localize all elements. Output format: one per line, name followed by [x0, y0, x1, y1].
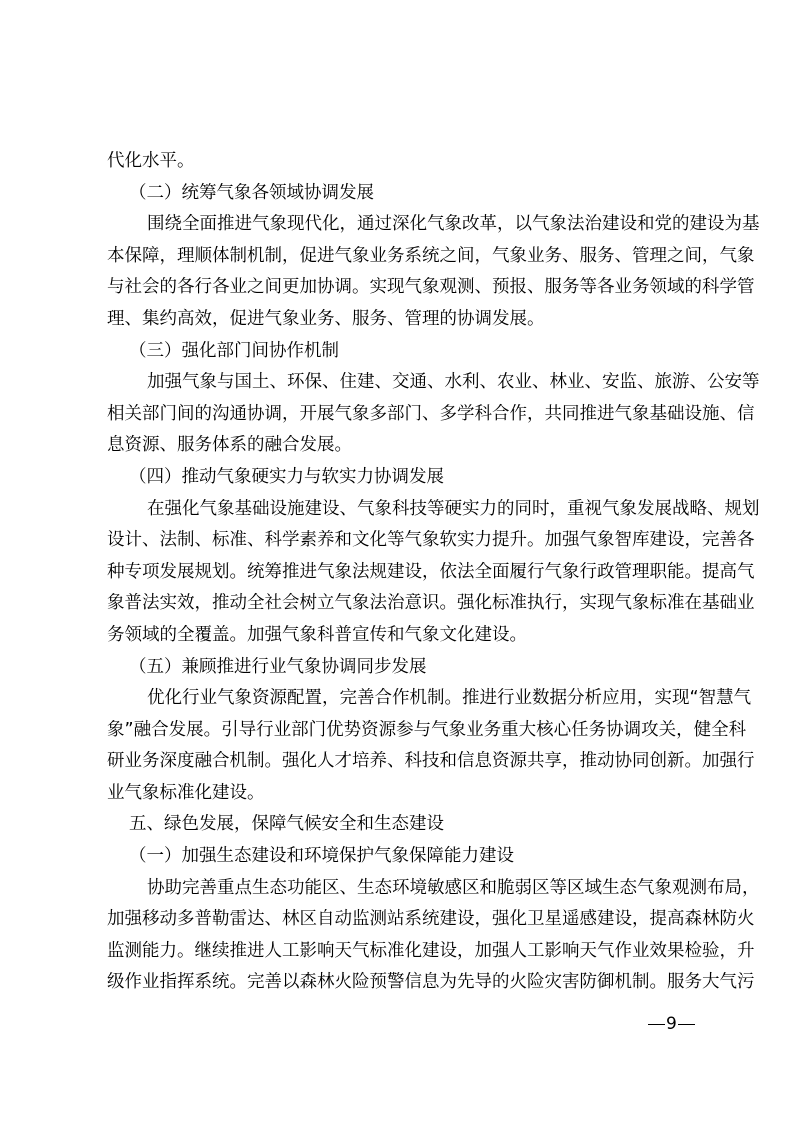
body-line: 加强移动多普勒雷达、林区自动监测站系统建设，强化卫星遥感建设，提高森林防火 [107, 904, 698, 936]
paragraph-first-line: 加强气象与国土、环保、住建、交通、水利、农业、林业、安监、旅游、公安等 [107, 367, 698, 399]
section-heading: 五、绿色发展，保障气候安全和生态建设 [107, 809, 698, 841]
paragraph-first-line: 协助完善重点生态功能区、生态环境敏感区和脆弱区等区域生态气象观测布局， [107, 873, 698, 905]
body-line: 本保障，理顺体制机制，促进气象业务系统之间，气象业务、服务、管理之间，气象 [107, 241, 698, 273]
body-line: 象普法实效，推动全社会树立气象法治意识。强化标准执行，实现气象标准在基础业 [107, 588, 698, 620]
section-subheading: （一）加强生态建设和环境保护气象保障能力建设 [107, 841, 698, 873]
document-body: 代化水平。（二）统筹气象各领域协调发展围绕全面推进气象现代化，通过深化气象改革，… [107, 146, 698, 999]
body-line: 象”融合发展。引导行业部门优势资源参与气象业务重大核心任务协调攻关，健全科 [107, 715, 698, 747]
body-line: 研业务深度融合机制。强化人才培养、科技和信息资源共享，推动协同创新。加强行 [107, 746, 698, 778]
paragraph-last-line: 务领域的全覆盖。加强气象科普宣传和气象文化建设。 [107, 620, 698, 652]
document-page: 代化水平。（二）统筹气象各领域协调发展围绕全面推进气象现代化，通过深化气象改革，… [0, 0, 793, 1122]
paragraph-first-line: 在强化气象基础设施建设、气象科技等硬实力的同时，重视气象发展战略、规划 [107, 494, 698, 526]
section-subheading: （五）兼顾推进行业气象协调同步发展 [107, 652, 698, 684]
paragraph-last-line: 息资源、服务体系的融合发展。 [107, 430, 698, 462]
page-number: 9 [665, 1012, 678, 1036]
body-line: 级作业指挥系统。完善以森林火险预警信息为先导的火险灾害防御机制。服务大气污 [107, 967, 698, 999]
section-subheading: （三）强化部门间协作机制 [107, 336, 698, 368]
body-line: 与社会的各行各业之间更加协调。实现气象观测、预报、服务等各业务领域的科学管 [107, 272, 698, 304]
paragraph-last-line: 代化水平。 [107, 146, 698, 178]
left-dash [648, 1024, 665, 1025]
right-dash [678, 1024, 695, 1025]
section-subheading: （四）推动气象硬实力与软实力协调发展 [107, 462, 698, 494]
paragraph-last-line: 业气象标准化建设。 [107, 778, 698, 810]
paragraph-first-line: 优化行业气象资源配置，完善合作机制。推进行业数据分析应用，实现“智慧气 [107, 683, 698, 715]
body-line: 设计、法制、标准、科学素养和文化等气象软实力提升。加强气象智库建设，完善各 [107, 525, 698, 557]
body-line: 种专项发展规划。统筹推进气象法规建设，依法全面履行气象行政管理职能。提高气 [107, 557, 698, 589]
body-line: 相关部门间的沟通协调，开展气象多部门、多学科合作，共同推进气象基础设施、信 [107, 399, 698, 431]
paragraph-first-line: 围绕全面推进气象现代化，通过深化气象改革，以气象法治建设和党的建设为基 [107, 209, 698, 241]
paragraph-last-line: 理、集约高效，促进气象业务、服务、管理的协调发展。 [107, 304, 698, 336]
body-line: 监测能力。继续推进人工影响天气标准化建设，加强人工影响天气作业效果检验，升 [107, 936, 698, 968]
page-footer: 9 [648, 1012, 695, 1036]
section-subheading: （二）统筹气象各领域协调发展 [107, 178, 698, 210]
